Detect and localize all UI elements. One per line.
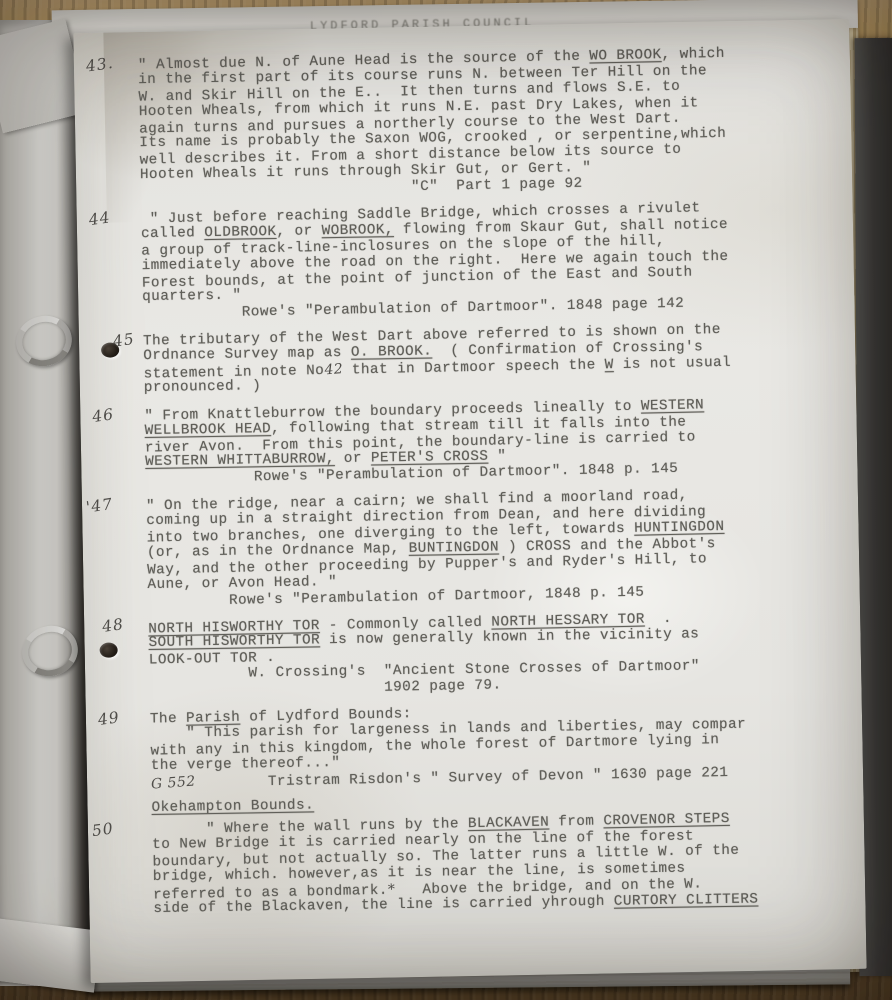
underlined-text: WELLBROOK HEAD [145, 421, 272, 439]
handwritten-margin-number: 44 [88, 208, 112, 229]
handwritten-margin-number: 46 [91, 405, 115, 426]
photo-of-binder-page: LYDFORD PARISH COUNCIL 43." Almost due N… [0, 0, 892, 1000]
numbered-note: 49The Parish of Lydford Bounds: " This p… [150, 699, 837, 791]
typed-text-block: 43." Almost due N. of Aune Head is the s… [138, 45, 840, 929]
underlined-text: CROVENOR STEPS [603, 811, 730, 830]
loose-page-corner [0, 917, 101, 992]
numbered-note: '47" On the ridge, near a cairn; we shal… [146, 487, 834, 611]
underlined-text: WOBROOK, [322, 222, 394, 239]
handwritten-annotation: G 552 [151, 774, 197, 793]
numbered-note: 43." Almost due N. of Aune Head is the s… [138, 45, 827, 201]
handwritten-margin-number: '47 [85, 495, 114, 517]
underlined-text: OLDBROOK [204, 224, 276, 241]
typed-document-page: 43." Almost due N. of Aune Head is the s… [73, 19, 866, 983]
numbered-note: 46" From Knattleburrow the boundary proc… [144, 396, 831, 488]
handwritten-margin-number: 43. [85, 54, 115, 76]
underlined-text: W [605, 357, 614, 373]
underlined-text: BUNTINGDON [409, 539, 500, 556]
underlined-text: HUNTINGDON [634, 519, 725, 537]
punch-hole-icon [100, 642, 118, 657]
handwritten-margin-number: 48 [101, 615, 125, 636]
numbered-note: 44 " Just before reaching Saddle Bridge,… [141, 199, 829, 323]
underlined-text: WO BROOK [589, 47, 662, 64]
numbered-note: 45The tributary of the West Dart above r… [143, 322, 830, 398]
underlined-text: Okehampton Bounds. [151, 798, 314, 817]
handwritten-margin-number: 45 [112, 330, 136, 351]
numbered-note: 50 " Where the wall runs by the BLACKAVE… [152, 811, 840, 919]
handwritten-margin-number: 50 [91, 820, 115, 841]
handwritten-annotation: 42 [324, 362, 344, 379]
numbered-note: 48NORTH HISWORTHY TOR - Commonly called … [148, 609, 835, 701]
underlined-text: O. BROOK. [351, 344, 433, 361]
underlined-text: BLACKAVEN [468, 815, 550, 833]
underlined-text: WESTERN [641, 397, 705, 414]
handwritten-margin-number: 49 [97, 708, 121, 729]
underlined-text: SOUTH HISWORTHY TOR [148, 633, 320, 652]
underlined-text: CURTORY CLITTERS [614, 891, 759, 909]
